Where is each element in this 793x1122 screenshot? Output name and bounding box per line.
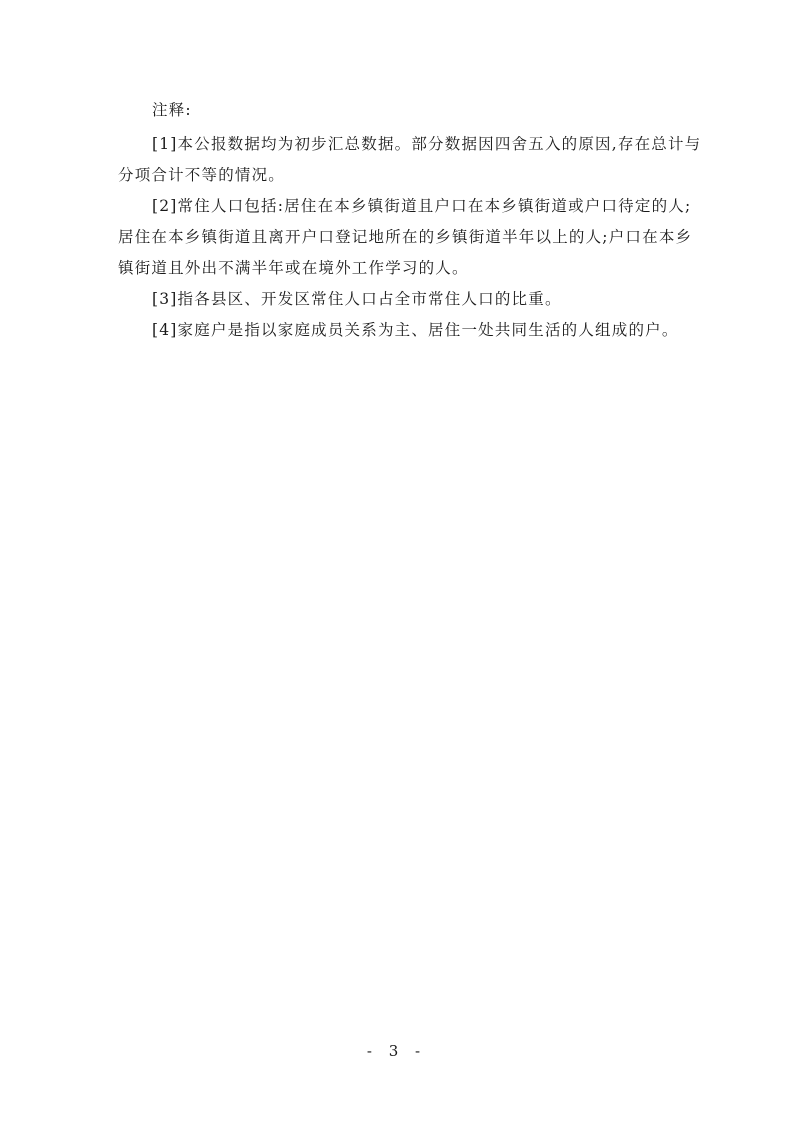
note-2-line-3: 镇街道且外出不满半年或在境外工作学习的人。	[118, 258, 678, 278]
note-1-line-1: [1]本公报数据均为初步汇总数据。部分数据因四舍五入的原因,存在总计与	[152, 134, 671, 154]
note-2-line-1: [2]常住人口包括:居住在本乡镇街道且户口在本乡镇街道或户口待定的人;	[152, 196, 671, 216]
note-1-line-2: 分项合计不等的情况。	[118, 165, 678, 185]
note-4-line-1: [4]家庭户是指以家庭成员关系为主、居住一处共同生活的人组成的户。	[152, 320, 712, 340]
note-2-line-2: 居住在本乡镇街道且离开户口登记地所在的乡镇街道半年以上的人;户口在本乡	[118, 227, 671, 247]
page-number: - 3 -	[0, 1042, 793, 1060]
document-page: 注释: [1]本公报数据均为初步汇总数据。部分数据因四舍五入的原因,存在总计与 …	[0, 0, 793, 1122]
note-3-line-1: [3]指各县区、开发区常住人口占全市常住人口的比重。	[152, 289, 712, 309]
notes-heading: 注释:	[152, 100, 712, 120]
